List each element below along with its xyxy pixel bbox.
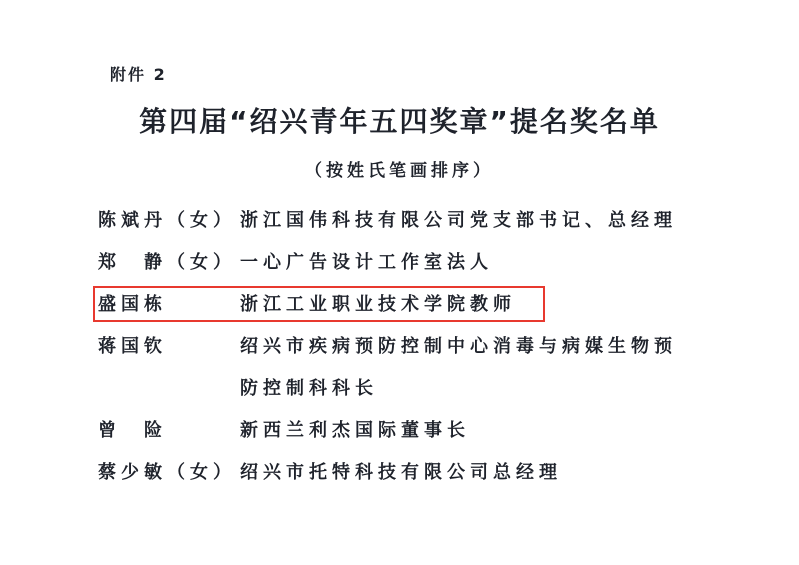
- nominee-name: 曾 险: [98, 410, 240, 452]
- list-item: 蒋国钦 绍兴市疾病预防控制中心消毒与病媒生物预防控制科科长: [98, 326, 703, 410]
- nominee-name: 盛国栋: [98, 284, 240, 326]
- list-item: 蔡少敏（女） 绍兴市托特科技有限公司总经理: [98, 452, 703, 494]
- attachment-label: 附件 2: [110, 62, 167, 85]
- nominee-name: 蒋国钦: [98, 326, 240, 368]
- list-item: 曾 险 新西兰利杰国际董事长: [98, 410, 703, 452]
- nominee-name: 郑 静（女）: [98, 242, 240, 284]
- list-item: 陈斌丹（女） 浙江国伟科技有限公司党支部书记、总经理: [98, 200, 703, 242]
- nominee-description: 浙江工业职业技术学院教师: [240, 284, 690, 326]
- nominee-description: 一心广告设计工作室法人: [240, 242, 690, 284]
- nominee-description: 浙江国伟科技有限公司党支部书记、总经理: [240, 200, 690, 242]
- page-title: 第四届“绍兴青年五四奖章”提名奖名单: [0, 100, 799, 140]
- list-item-highlighted: 盛国栋 浙江工业职业技术学院教师: [98, 284, 703, 326]
- nominee-name: 陈斌丹（女）: [98, 200, 240, 242]
- nominee-description: 新西兰利杰国际董事长: [240, 410, 690, 452]
- nominee-description: 绍兴市托特科技有限公司总经理: [240, 452, 690, 494]
- nominee-list: 陈斌丹（女） 浙江国伟科技有限公司党支部书记、总经理 郑 静（女） 一心广告设计…: [98, 200, 703, 494]
- document-page: 附件 2 第四届“绍兴青年五四奖章”提名奖名单 （按姓氏笔画排序） 陈斌丹（女）…: [0, 0, 799, 565]
- list-item: 郑 静（女） 一心广告设计工作室法人: [98, 242, 703, 284]
- nominee-description: 绍兴市疾病预防控制中心消毒与病媒生物预防控制科科长: [240, 326, 690, 410]
- nominee-name: 蔡少敏（女）: [98, 452, 240, 494]
- page-subtitle: （按姓氏笔画排序）: [0, 156, 799, 181]
